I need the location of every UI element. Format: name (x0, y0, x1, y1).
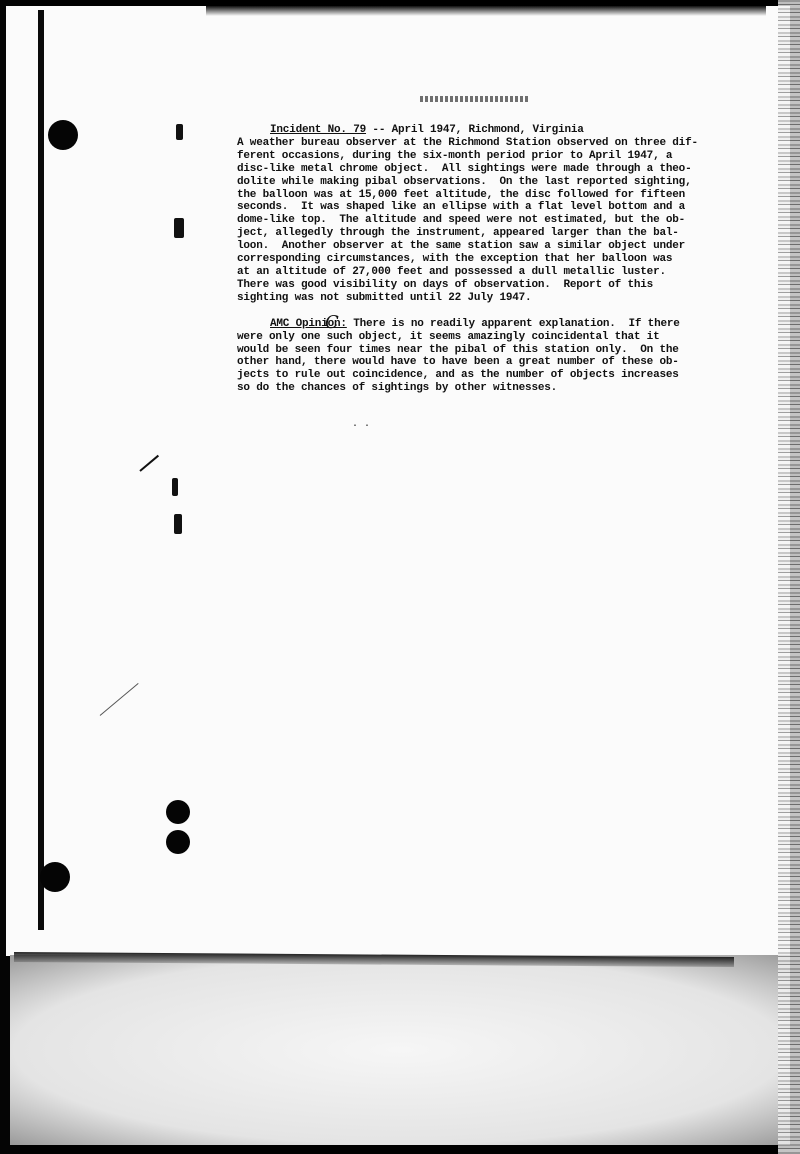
opinion-first-line: AMC Opinion: There is no readily apparen… (237, 318, 757, 331)
punch-hole-icon (166, 830, 190, 854)
document-body: Incident No. 79 -- April 1947, Richmond,… (237, 124, 757, 395)
body-line: dolite while making pibal observations. … (237, 176, 757, 189)
body-line: sighting was not submitted until 22 July… (237, 292, 757, 305)
body-line: A weather bureau observer at the Richmon… (237, 137, 757, 150)
body-line: There was good visibility on days of obs… (237, 279, 757, 292)
body-line: loon. Another observer at the same stati… (237, 240, 757, 253)
opinion-line: other hand, there would have to have bee… (237, 356, 757, 369)
punch-hole-icon (48, 120, 78, 150)
body-line: at an altitude of 27,000 feet and posses… (237, 266, 757, 279)
smudged-header-mark (420, 96, 530, 102)
trailing-dots: . . (352, 419, 370, 430)
staple-mark-icon (174, 514, 182, 534)
opinion-text: There is no readily apparent explanation… (347, 318, 680, 330)
binder-edge-line (38, 10, 44, 930)
body-line: the balloon was at 15,000 feet altitude,… (237, 189, 757, 202)
scan-right-edge (778, 0, 800, 1154)
body-line: dome-like top. The altitude and speed we… (237, 214, 757, 227)
opinion-line: jects to rule out coincidence, and as th… (237, 369, 757, 382)
opinion-line: were only one such object, it seems amaz… (237, 331, 757, 344)
incident-heading: Incident No. 79 -- April 1947, Richmond,… (237, 124, 757, 137)
body-line: disc-like metal chrome object. All sight… (237, 163, 757, 176)
punch-hole-icon (40, 862, 70, 892)
body-line: corresponding circumstances, with the ex… (237, 253, 757, 266)
staple-mark-icon (172, 478, 178, 496)
paragraph-gap (237, 305, 757, 318)
punch-hole-icon (166, 800, 190, 824)
staple-mark-icon (174, 218, 184, 238)
incident-number: Incident No. 79 (270, 124, 366, 136)
scan-top-shadow (206, 6, 766, 16)
opinion-line: would be seen four times near the pibal … (237, 344, 757, 357)
body-line: seconds. It was shaped like an ellipse w… (237, 201, 757, 214)
handwritten-annotation: C (325, 312, 339, 333)
underlying-page (10, 955, 790, 1145)
staple-mark-icon (176, 124, 183, 140)
body-line: ject, allegedly through the instrument, … (237, 227, 757, 240)
body-line: ferent occasions, during the six-month p… (237, 150, 757, 163)
incident-date-location: -- April 1947, Richmond, Virginia (366, 124, 584, 136)
opinion-line: so do the chances of sightings by other … (237, 382, 757, 395)
